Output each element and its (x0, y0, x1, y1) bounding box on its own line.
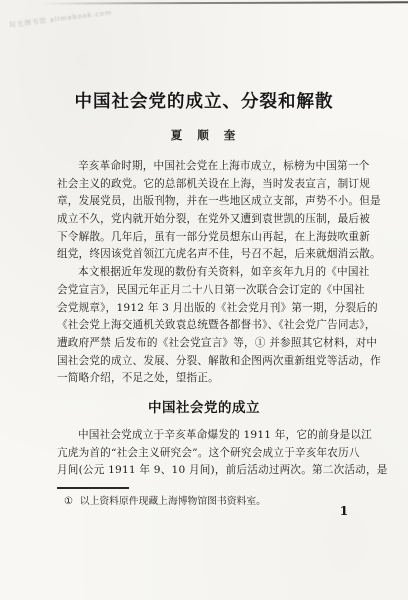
scanned-document-page: 时光图书馆 allmebook.com 中国社会党的成立、分裂和解散 夏 顺 奎… (0, 0, 408, 600)
body-text-block-1: 辛亥革命时期，中国社会党在上海市成立，标榜为中国第一个 社会主义的政党。它的总部… (57, 158, 356, 388)
paragraph-line: 本文根据近年发现的数份有关资料，如辛亥年九月的《中国社 (57, 264, 356, 282)
paragraph-line: 下令解散。几年后，虽有一部分党员想东山再起，在上海鼓吹重新 (57, 229, 356, 247)
footnote-marker: ① (64, 496, 73, 507)
paragraph-line: 章，发展党员，出版刊物，并在一些地区成立支部，声势不小。但是 (57, 193, 356, 211)
paragraph-line: 亢虎为首的“社会主义研究会”。这个研究会成立于辛亥年农历八 (57, 445, 356, 463)
paragraph-line: 会党宣言》，民国元年正月二十八日第一次联合会订定的《中国社 (57, 282, 356, 300)
paragraph-line: 中国社会党成立于辛亥革命爆发的 1911 年，它的前身是以江 (57, 427, 356, 445)
paragraph-line: 成立不久，党内就开始分裂，在党外又遭到袁世凯的压制，最后被 (57, 211, 356, 229)
paragraph-line: 《社会党上海交通机关致袁总统暨各都督书》、《社会党广告同志》， (57, 317, 356, 335)
footnote-text: 以上资料原件现藏上海博物馆图书资料室。 (80, 496, 266, 507)
paragraph-line: 月间(公元 1911 年 9、10 月间)，前后活动过两次。第二次活动，是 (57, 462, 356, 480)
paragraph-line: 组党，终因该党首领江亢虎名声不佳，号召不起，后来就烟消云散。 (57, 246, 356, 264)
body-text-block-2: 中国社会党成立于辛亥革命爆发的 1911 年，它的前身是以江 亢虎为首的“社会主… (57, 427, 356, 480)
paragraph-line: 一简略介绍，不足之处，望指正。 (57, 370, 356, 388)
scan-edge-artifact (0, 1, 408, 4)
author-name: 夏 顺 奎 (0, 127, 408, 143)
page-number: 1 (334, 503, 354, 518)
paragraph-line: 遭政府严禁 后发布的《社会党宣言》等，① 并参照其它材料，对中 (57, 335, 356, 353)
paragraph-line: 社会主义的政党。它的总部机关设在上海，当时发表宣言，制订规 (57, 176, 356, 194)
paragraph-line: 会党规章》，1912 年 3 月出版的《社会党月刊》第一期，分裂后的 (57, 300, 356, 318)
paragraph-line: 国社会党的成立、发展、分裂、解散和企图两次重新组党等活动，作 (57, 353, 356, 371)
article-title: 中国社会党的成立、分裂和解散 (0, 88, 408, 113)
footnote-separator (57, 487, 129, 489)
section-heading: 中国社会党的成立 (0, 396, 408, 416)
footnote: ①以上资料原件现藏上海博物馆图书资料室。 (64, 495, 354, 509)
paragraph-line: 辛亥革命时期，中国社会党在上海市成立，标榜为中国第一个 (57, 158, 356, 176)
library-watermark: 时光图书馆 allmebook.com (9, 7, 113, 29)
